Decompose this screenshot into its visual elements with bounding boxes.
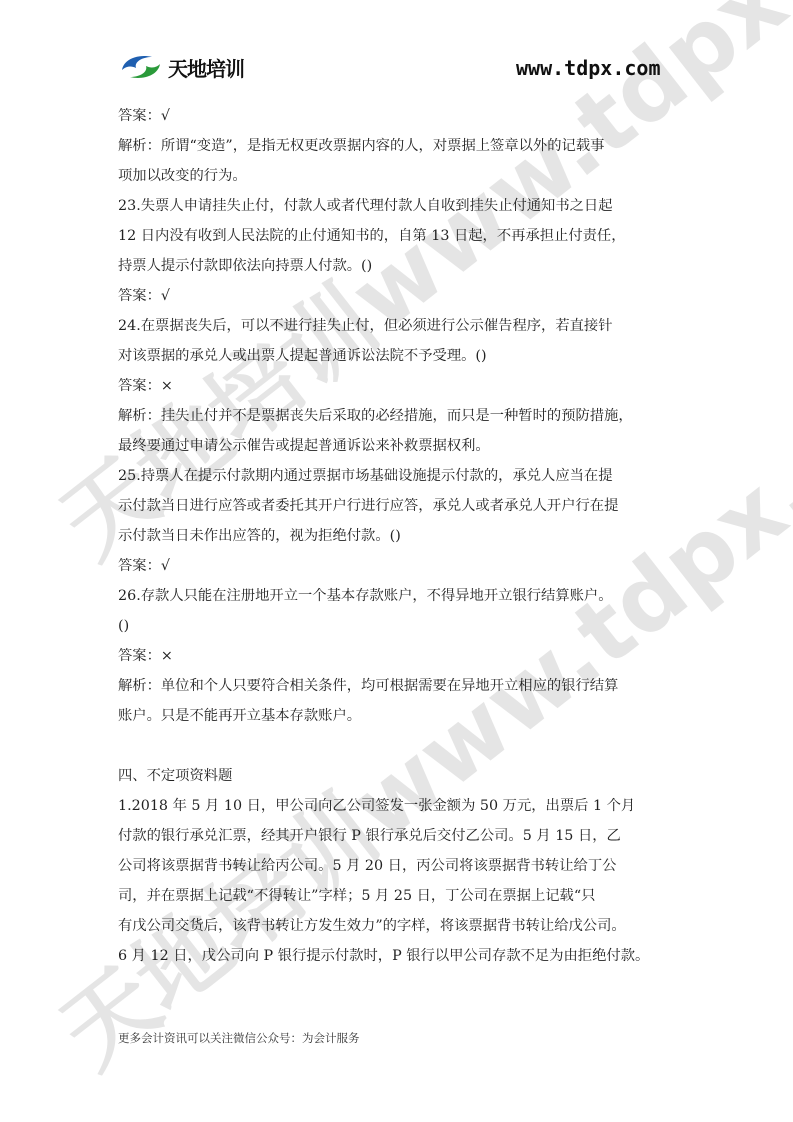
case-line: 6 月 12 日，戊公司向 P 银行提示付款时，P 银行以甲公司存款不足为由拒绝…	[118, 941, 678, 971]
case-line: 有戊公司交货后，该背书转让方发生效力”的字样，将该票据背书转让给戊公司。	[118, 911, 678, 941]
analysis-line: 解析：挂失止付并不是票据丧失后采取的必经措施，而只是一种暂时的预防措施，	[118, 401, 678, 431]
section-heading: 四、不定项资料题	[118, 761, 678, 791]
case-line: 公司将该票据背书转让给丙公司。5 月 20 日，丙公司将该票据背书转让给丁公	[118, 851, 678, 881]
page-header: 天地培训 www.tdpx.com	[0, 0, 793, 100]
analysis-line: 最终要通过申请公示催告或提起普通诉讼来补救票据权利。	[118, 431, 678, 461]
logo-text: 天地培训	[168, 53, 244, 82]
case-line: 1.2018 年 5 月 10 日，甲公司向乙公司签发一张金额为 50 万元，出…	[118, 791, 678, 821]
document-body: 答案：√ 解析：所谓“变造”，是指无权更改票据内容的人，对票据上签章以外的记载事…	[118, 101, 678, 971]
analysis-line: 项加以改变的行为。	[118, 161, 678, 191]
question-line: 25.持票人在提示付款期内通过票据市场基础设施提示付款的，承兑人应当在提	[118, 461, 678, 491]
analysis-line: 解析：单位和个人只要符合相关条件，均可根据需要在异地开立相应的银行结算	[118, 671, 678, 701]
question-line: 12 日内没有收到人民法院的止付通知书的，自第 13 日起，不再承担止付责任，	[118, 221, 678, 251]
answer-line: 答案：√	[118, 101, 678, 131]
spacer	[118, 731, 678, 761]
logo: 天地培训	[118, 52, 244, 82]
page-footer: 更多会计资讯可以关注微信公众号：为会计服务	[118, 1030, 360, 1046]
question-line: 示付款当日进行应答或者委托其开户行进行应答，承兑人或者承兑人开户行在提	[118, 491, 678, 521]
case-line: 司，并在票据上记载“不得转让”字样；5 月 25 日，丁公司在票据上记载“只	[118, 881, 678, 911]
question-line: 26.存款人只能在注册地开立一个基本存款账户，不得异地开立银行结算账户。	[118, 581, 678, 611]
question-line: 对该票据的承兑人或出票人提起普通诉讼法院不予受理。()	[118, 341, 678, 371]
question-line: 持票人提示付款即依法向持票人付款。()	[118, 251, 678, 281]
analysis-line: 解析：所谓“变造”，是指无权更改票据内容的人，对票据上签章以外的记载事	[118, 131, 678, 161]
answer-line: 答案：√	[118, 281, 678, 311]
question-line: ()	[118, 611, 678, 641]
answer-line: 答案：×	[118, 641, 678, 671]
question-line: 24.在票据丧失后，可以不进行挂失止付，但必须进行公示催告程序，若直接针	[118, 311, 678, 341]
answer-line: 答案：×	[118, 371, 678, 401]
question-line: 示付款当日未作出应答的，视为拒绝付款。()	[118, 521, 678, 551]
case-line: 付款的银行承兑汇票，经其开户银行 P 银行承兑后交付乙公司。5 月 15 日，乙	[118, 821, 678, 851]
analysis-line: 账户。只是不能再开立基本存款账户。	[118, 701, 678, 731]
site-url: www.tdpx.com	[516, 56, 661, 80]
question-line: 23.失票人申请挂失止付，付款人或者代理付款人自收到挂失止付通知书之日起	[118, 191, 678, 221]
logo-swirl-icon	[118, 52, 164, 82]
answer-line: 答案：√	[118, 551, 678, 581]
